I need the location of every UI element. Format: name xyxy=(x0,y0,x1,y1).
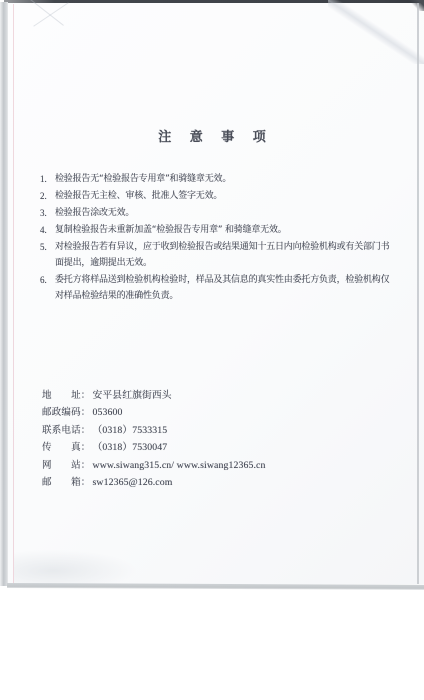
contact-address: 地 址： 安平县红旗街西头 xyxy=(42,387,400,404)
contact-postcode: 邮政编码： 053600 xyxy=(42,404,400,421)
contact-phone: 联系电话： （0318）7533315 xyxy=(42,422,400,439)
page-content: 注 意 事 项 1. 检验报告无“检验报告专用章”和骑缝章无效。 2. 检验报告… xyxy=(0,0,424,700)
page-title: 注 意 事 项 xyxy=(0,126,424,145)
contact-label: 邮政编码： xyxy=(42,404,91,421)
contact-value: www.siwang315.cn/ www.siwang12365.cn xyxy=(93,457,266,474)
note-text: 检验报告无主检、审核、批准人签字无效。 xyxy=(55,188,396,204)
contact-label: 网 站： xyxy=(42,457,91,474)
scanned-document: 注 意 事 项 1. 检验报告无“检验报告专用章”和骑缝章无效。 2. 检验报告… xyxy=(0,0,424,700)
note-number: 3. xyxy=(40,205,55,221)
note-number: 6. xyxy=(40,272,55,304)
note-number: 5. xyxy=(40,239,55,271)
note-number: 4. xyxy=(40,222,55,238)
contact-value: 安平县红旗街西头 xyxy=(93,387,172,404)
note-item-6: 6. 委托方将样品送到检验机构检验时，样品及其信息的真实性由委托方负责，检验机构… xyxy=(40,272,396,304)
contact-email: 邮 箱： sw12365@126.com xyxy=(42,474,400,491)
contact-block: 地 址： 安平县红旗街西头 邮政编码： 053600 联系电话： （0318）7… xyxy=(42,387,400,491)
contact-fax: 传 真： （0318）7530047 xyxy=(42,439,400,456)
contact-website: 网 站： www.siwang315.cn/ www.siwang12365.c… xyxy=(42,457,400,474)
contact-value: sw12365@126.com xyxy=(93,474,173,491)
note-number: 2. xyxy=(40,188,55,204)
contact-value: （0318）7530047 xyxy=(93,439,168,456)
contact-label: 邮 箱： xyxy=(42,474,91,491)
note-text: 对检验报告若有异议，应于收到检验报告或结果通知十五日内向检验机构或有关部门书面提… xyxy=(55,239,396,271)
contact-label: 传 真： xyxy=(42,439,91,456)
note-text: 检验报告涂改无效。 xyxy=(55,205,396,221)
note-text: 复制检验报告未重新加盖“检验报告专用章” 和骑缝章无效。 xyxy=(55,222,396,238)
note-number: 1. xyxy=(40,171,55,187)
note-item-3: 3. 检验报告涂改无效。 xyxy=(40,205,396,221)
note-item-2: 2. 检验报告无主检、审核、批准人签字无效。 xyxy=(40,188,396,204)
contact-value: （0318）7533315 xyxy=(93,422,168,439)
contact-label: 联系电话： xyxy=(42,422,91,439)
note-item-1: 1. 检验报告无“检验报告专用章”和骑缝章无效。 xyxy=(40,171,396,187)
contact-label: 地 址： xyxy=(42,387,91,404)
note-item-4: 4. 复制检验报告未重新加盖“检验报告专用章” 和骑缝章无效。 xyxy=(40,222,396,238)
note-text: 委托方将样品送到检验机构检验时，样品及其信息的真实性由委托方负责，检验机构仅对样… xyxy=(55,272,396,304)
note-text: 检验报告无“检验报告专用章”和骑缝章无效。 xyxy=(55,171,396,187)
note-item-5: 5. 对检验报告若有异议，应于收到检验报告或结果通知十五日内向检验机构或有关部门… xyxy=(40,239,396,271)
contact-value: 053600 xyxy=(93,404,123,421)
notes-list: 1. 检验报告无“检验报告专用章”和骑缝章无效。 2. 检验报告无主检、审核、批… xyxy=(40,171,396,305)
